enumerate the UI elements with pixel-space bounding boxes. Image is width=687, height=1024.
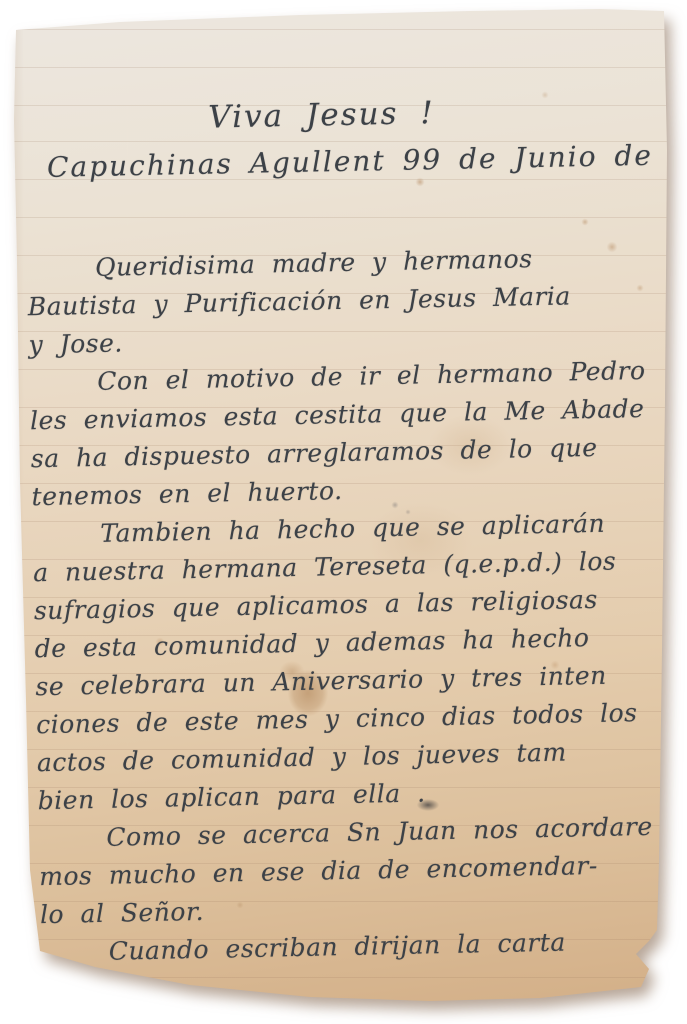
paragraph: Queridisima madre y hermanosBautista y P…	[27, 238, 664, 365]
paragraph: Con el motivo de ir el hermano Pedroles …	[29, 352, 667, 517]
paper-shadow: Viva Jesus ! Capuchinas Agullent 99 de J…	[0, 0, 687, 1024]
paragraph: Como se acerca Sn Juan nos acordaremos m…	[38, 807, 675, 934]
aged-paper-sheet: Viva Jesus ! Capuchinas Agullent 99 de J…	[0, 0, 687, 1024]
scanned-letter-page: Viva Jesus ! Capuchinas Agullent 99 de J…	[0, 0, 687, 1024]
letter-content: Viva Jesus ! Capuchinas Agullent 99 de J…	[0, 0, 687, 1024]
letter-body: Queridisima madre y hermanosBautista y P…	[27, 238, 676, 973]
paragraph: Tambien ha hecho que se aplicarána nuest…	[32, 504, 673, 821]
